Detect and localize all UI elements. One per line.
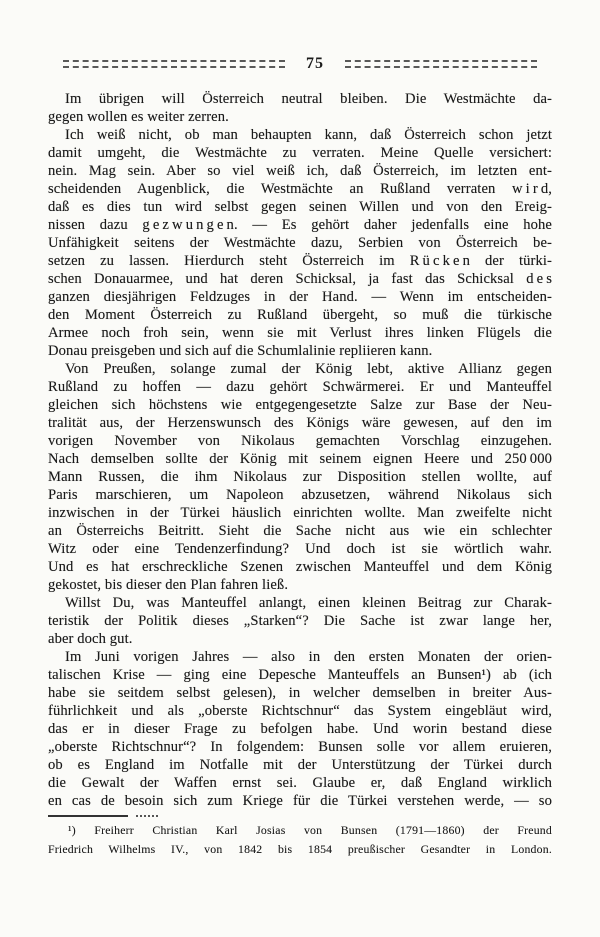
footnote-separator xyxy=(48,815,128,817)
text-line: nein. Mag sein. Aber so viel weiß ich, d… xyxy=(48,162,552,180)
text-line: gleichen sich höchstens wie entgegengese… xyxy=(48,396,552,414)
text-line: ob es England im Notfalle mit der Unters… xyxy=(48,756,552,774)
text-line: führlichkeit und als „oberste Richtschnu… xyxy=(48,702,552,720)
text-line: scheidenden Augenblick, die Westmächte a… xyxy=(48,180,552,198)
text-line: ¹) Freiherr Christian Karl Josias von Bu… xyxy=(48,821,552,840)
header-rule-left xyxy=(63,60,285,68)
text-line: den Moment Österreich zu Rußland übergeh… xyxy=(48,306,552,324)
text-line: Willst Du, was Manteuffel anlangt, einen… xyxy=(48,594,552,612)
text-line: habe sie seitdem selbst gelesen), in wel… xyxy=(48,684,552,702)
text-line: Paris marschieren, um Napoleon abzusetze… xyxy=(48,486,552,504)
text-line: Rußland zu hoffen — dazu gehört Schwärme… xyxy=(48,378,552,396)
text-line: gegen wollen es weiter zerren. xyxy=(48,108,552,126)
text-line: vorigen November von Nikolaus gemachten … xyxy=(48,432,552,450)
text-line: Mann Russen, die ihm Nikolaus zur Dispos… xyxy=(48,468,552,486)
text-line: Unfähigkeit seitens der Westmächte dazu,… xyxy=(48,234,552,252)
text-line: Nach demselben sollte der König mit sein… xyxy=(48,450,552,468)
text-line: schen Donauarmee, und hat deren Schicksa… xyxy=(48,270,552,288)
text-line: Und es hat erschreckliche Szenen zwische… xyxy=(48,558,552,576)
text-line: en cas de besoin sich zum Kriege für die… xyxy=(48,792,552,810)
footnote: ¹) Freiherr Christian Karl Josias von Bu… xyxy=(48,821,552,859)
text-line: die Gewalt der Waffen ernst sei. Glaube … xyxy=(48,774,552,792)
text-line: Armee noch froh sein, wenn sie mit Verlu… xyxy=(48,324,552,342)
header-rule-right xyxy=(345,60,537,68)
page-number: 75 xyxy=(285,55,345,73)
text-line: „oberste Richtschnur“? In folgendem: Bun… xyxy=(48,738,552,756)
text-line: Im Juni vorigen Jahres — also in den ers… xyxy=(48,648,552,666)
text-line: an Österreichs Beitritt. Sieht die Sache… xyxy=(48,522,552,540)
text-line: aber doch gut. xyxy=(48,630,552,648)
text-line: Witz oder eine Tendenzerfindung? Und doc… xyxy=(48,540,552,558)
text-line: Von Preußen, solange zumal der König leb… xyxy=(48,360,552,378)
text-line: talischen Krise — ging eine Depesche Man… xyxy=(48,666,552,684)
page-header: 75 xyxy=(63,55,537,73)
text-line: inzwischen in der Türkei häuslich einric… xyxy=(48,504,552,522)
text-line: Friedrich Wilhelms IV., von 1842 bis 185… xyxy=(48,840,552,859)
text-line: nissen dazu g e z w u n g e n. — Es gehö… xyxy=(48,216,552,234)
text-line: Im übrigen will Österreich neutral bleib… xyxy=(48,90,552,108)
text-line: ganzen diesjährigen Feldzuges in der Han… xyxy=(48,288,552,306)
text-line: damit umgeht, die Westmächte zu verraten… xyxy=(48,144,552,162)
text-line: setzen zu lassen. Hierdurch steht Österr… xyxy=(48,252,552,270)
text-line: das er in dieser Frage zu befolgen habe.… xyxy=(48,720,552,738)
text-line: teristik der Politik dieses „Starken“? D… xyxy=(48,612,552,630)
text-line: Ich weiß nicht, ob man behaupten kann, d… xyxy=(48,126,552,144)
text-line: gekostet, bis dieser den Plan fahren lie… xyxy=(48,576,552,594)
text-line: tralität aus, der Herzenswunsch des Köni… xyxy=(48,414,552,432)
book-page: 75 Im übrigen will Österreich neutral bl… xyxy=(0,0,600,937)
text-line: daß es dies tun wird selbst gegen seinen… xyxy=(48,198,552,216)
text-line: Donau preisgeben und sich auf die Schuml… xyxy=(48,342,552,360)
body-text: Im übrigen will Österreich neutral bleib… xyxy=(48,90,552,810)
